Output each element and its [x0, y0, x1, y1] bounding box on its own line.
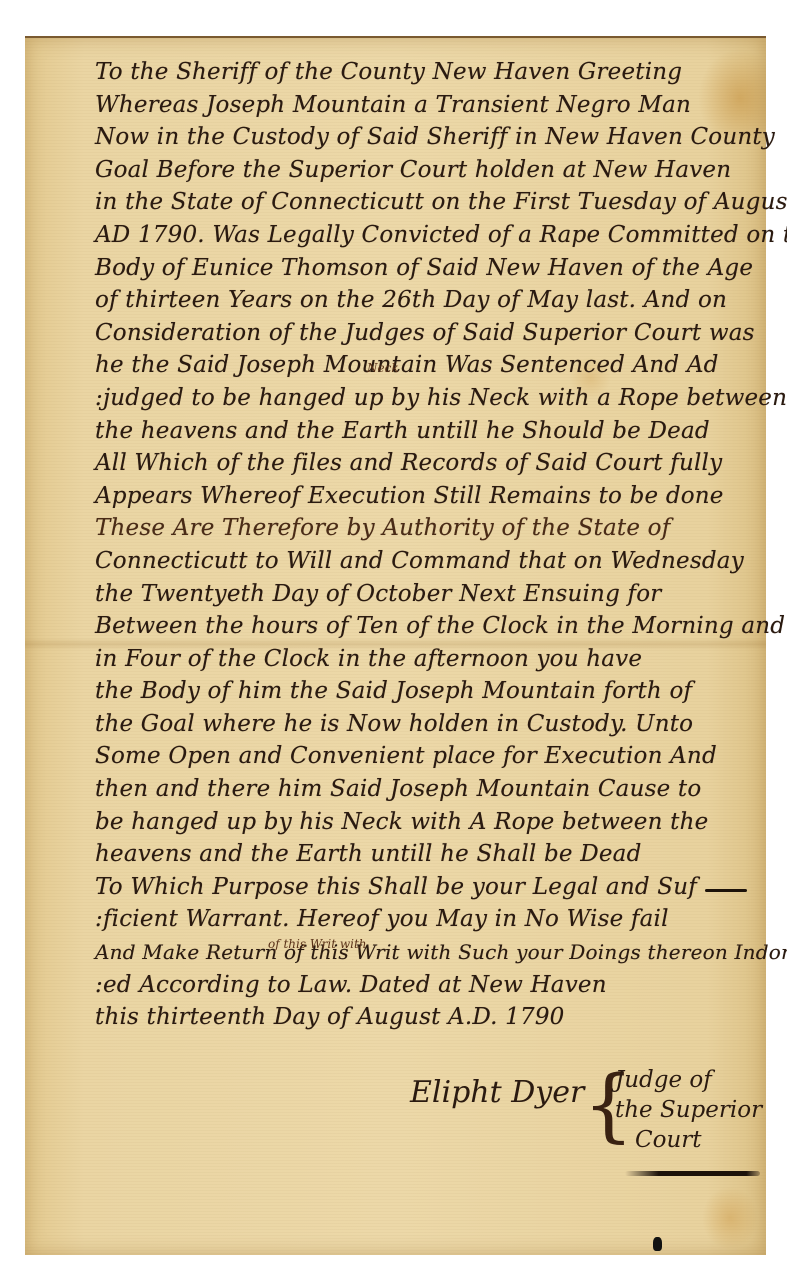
judge-signature: Elipht Dyer — [410, 1075, 584, 1110]
text-line: Now in the Custody of Said Sheriff in Ne… — [95, 121, 765, 154]
text-line: Body of Eunice Thomson of Said New Haven… — [95, 252, 765, 285]
text-line: he the Said Joseph Mountain Was Sentence… — [95, 349, 765, 382]
ink-blot — [653, 1237, 662, 1251]
text-line: the heavens and the Earth untill he Shou… — [95, 415, 765, 448]
text-line: in the State of Connecticutt on the Firs… — [95, 186, 765, 219]
text-line: All Which of the files and Records of Sa… — [95, 447, 765, 480]
text-line: heavens and the Earth untill he Shall be… — [95, 838, 765, 871]
text-line: These Are Therefore by Authority of the … — [95, 512, 765, 545]
text-line: :ficient Warrant. Hereof you May in No W… — [95, 903, 765, 936]
signature-underline — [625, 1171, 760, 1176]
text-line: Between the hours of Ten of the Clock in… — [95, 610, 765, 643]
warrant-text: To the Sheriff of the County New Haven G… — [95, 56, 765, 1034]
interlinear-insertion: of this Writ with — [268, 937, 367, 951]
text-line: Goal Before the Superior Court holden at… — [95, 154, 765, 187]
text-line: And Make Return of this Writ with Such y… — [95, 936, 765, 969]
text-line: then and there him Said Joseph Mountain … — [95, 773, 765, 806]
text-line: Some Open and Convenient place for Execu… — [95, 740, 765, 773]
judge-title-line: Judge of — [615, 1065, 762, 1095]
text-line: this thirteenth Day of August A.D. 1790 — [95, 1001, 765, 1034]
text-line: :ed According to Law. Dated at New Haven — [95, 969, 765, 1002]
text-line: be hanged up by his Neck with A Rope bet… — [95, 806, 765, 839]
judge-title-line: the Superior — [615, 1095, 762, 1125]
text-line: :judged to be hanged up by his Neck with… — [95, 382, 765, 415]
judge-title-line: Court — [615, 1125, 762, 1155]
interlinear-insertion: Neck — [367, 361, 399, 375]
text-line: Consideration of the Judges of Said Supe… — [95, 317, 765, 350]
signature-block: Elipht Dyer { Judge of the Superior Cour… — [400, 1065, 770, 1175]
text-line: AD 1790. Was Legally Convicted of a Rape… — [95, 219, 765, 252]
text-line: Appears Whereof Execution Still Remains … — [95, 480, 765, 513]
text-line: To Which Purpose this Shall be your Lega… — [95, 871, 765, 904]
text-line: Connecticutt to Will and Command that on… — [95, 545, 765, 578]
text-line: To the Sheriff of the County New Haven G… — [95, 56, 765, 89]
text-line: the Twentyeth Day of October Next Ensuin… — [95, 578, 765, 611]
judge-title: Judge of the Superior Court — [615, 1065, 762, 1155]
ink-dash — [705, 889, 747, 892]
text-line: the Goal where he is Now holden in Custo… — [95, 708, 765, 741]
text-line: Whereas Joseph Mountain a Transient Negr… — [95, 89, 765, 122]
text-line: in Four of the Clock in the afternoon yo… — [95, 643, 765, 676]
text-line: of thirteen Years on the 26th Day of May… — [95, 284, 765, 317]
text-line: the Body of him the Said Joseph Mountain… — [95, 675, 765, 708]
